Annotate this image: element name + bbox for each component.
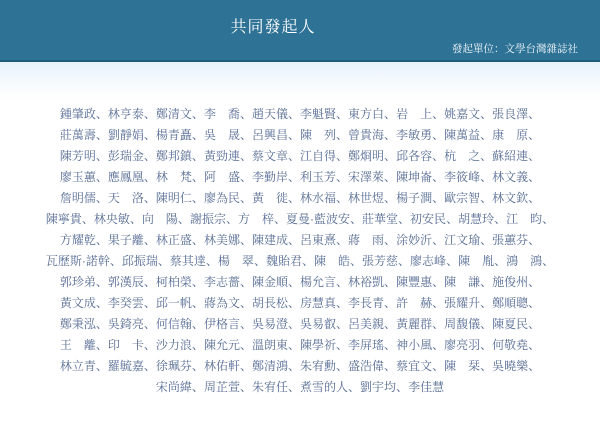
name-separator: 、 [144,338,156,352]
name-separator: 、 [192,170,204,184]
participant-name: 朱宥勳 [300,359,336,373]
name-separator: 、 [336,359,348,373]
name-separator: 、 [96,317,108,331]
participant-name: 江自得 [300,149,336,163]
name-separator: 、 [288,107,300,121]
name-separator: 、 [144,317,156,331]
participant-name: 陳 皓 [314,254,350,268]
name-separator: 、 [144,233,156,247]
name-separator: 、 [528,317,540,331]
name-separator: 、 [192,338,204,352]
participant-name: 陳萬益 [444,128,480,142]
participant-name: 鄭秉泓 [60,317,96,331]
participant-name: 楊允言 [300,275,336,289]
participant-name: 林佑軒 [204,359,240,373]
participant-name: 沙力浪 [156,338,192,352]
name-separator: 、 [158,254,170,268]
participant-name: 初安民 [410,212,446,226]
participant-name: 廖玉蕙 [60,170,96,184]
name-separator: 、 [336,170,348,184]
participant-name: 廖為民 [204,191,240,205]
participant-name: 鄭邦鎮 [156,149,192,163]
participant-name: 陳坤崙 [396,170,432,184]
participant-name: 黃 徙 [252,191,288,205]
name-separator: 、 [144,128,156,142]
name-separator: 、 [396,380,408,394]
participant-name: 李屏瑤 [348,338,384,352]
participant-name: 施俊州 [492,275,528,289]
participant-name: 彭瑞金 [108,149,144,163]
participant-name: 鄭烱明 [348,149,384,163]
participant-row: 瓦歷斯·諾幹、邱振瑞、蔡其達、楊 翠、魏貽君、陳 皓、張芳慈、廖志峰、陳 胤、鴻… [10,251,590,272]
name-separator: 、 [96,275,108,289]
participant-name: 呂東熹 [300,233,336,247]
name-separator: 、 [528,338,540,352]
participant-name: 鄭清鴻 [252,359,288,373]
name-separator: 、 [494,254,506,268]
name-separator: 、 [528,149,540,163]
name-separator: 、 [96,107,108,121]
participant-name: 宋尚緯 [156,380,192,394]
name-separator: 、 [288,380,300,394]
participant-name: 陳建成 [252,233,288,247]
participant-name: 陳夏民 [492,317,528,331]
participant-name: 吳易澄 [252,317,288,331]
participant-name: 楊子澗 [396,191,432,205]
name-separator: 、 [336,275,348,289]
participant-row: 詹明儒、天 洛、陳明仁、廖為民、黃 徙、林水福、林世煜、楊子澗、歐宗智、林文欽、 [10,188,590,209]
participant-name: 曾貴海 [348,128,384,142]
participant-name: 溫朗東 [252,338,288,352]
name-separator: 、 [336,149,348,163]
name-separator: 、 [96,296,108,310]
name-separator: 、 [178,212,190,226]
participant-row: 陳芳明、彭瑞金、鄭邦鎮、黃勁連、蔡文章、江自得、鄭烱明、邱各容、杭 之、蘇紹連、 [10,146,590,167]
name-separator: 、 [288,359,300,373]
name-separator: 、 [384,170,396,184]
name-separator: 、 [288,149,300,163]
participant-row: 廖玉蕙、應鳳凰、林 梵、阿 盛、李勤岸、利玉芳、宋澤萊、陳坤崙、李筱峰、林文義、 [10,167,590,188]
name-separator: 、 [480,191,492,205]
participant-name: 陳豐惠 [396,275,432,289]
name-separator: 、 [302,254,314,268]
participant-name: 詹明儒 [60,191,96,205]
participant-name: 陳明仁 [156,191,192,205]
name-separator: 、 [528,107,540,121]
participant-name: 吳錡亮 [108,317,144,331]
name-separator: 、 [336,233,348,247]
participant-name: 朱宥任 [252,380,288,394]
participant-name: 鴻 鴻 [506,254,542,268]
name-separator: 、 [480,149,492,163]
participant-row: 郭珍弟、郭漢辰、柯柏榮、李志薔、陳金順、楊允言、林裕凱、陳豐惠、陳 謙、施俊州、 [10,272,590,293]
name-separator: 、 [432,170,444,184]
participant-name: 鄭順聰 [492,296,528,310]
name-separator: 、 [336,191,348,205]
participant-name: 陳學祈 [300,338,336,352]
participant-name: 李志薔 [204,275,240,289]
name-separator: 、 [240,359,252,373]
initiating-unit-label: 發起單位：文學台灣雜誌社 [452,41,578,56]
name-separator: 、 [96,191,108,205]
name-separator: 、 [144,170,156,184]
name-separator: 、 [240,149,252,163]
participant-name: 陳 胤 [458,254,494,268]
participant-name: 向 陽 [142,212,178,226]
name-separator: 、 [384,128,396,142]
participant-name: 林世煜 [348,191,384,205]
name-separator: 、 [480,296,492,310]
participant-name: 林水福 [300,191,336,205]
participant-name: 王 離 [60,338,96,352]
participant-name: 周芷萱 [204,380,240,394]
name-separator: 、 [384,191,396,205]
participant-row: 鍾肇政、林亨泰、鄭清文、李 喬、趙天儀、李魁賢、東方白、岩 上、姚嘉文、張良澤、 [10,104,590,125]
participant-name: 柯柏榮 [156,275,192,289]
name-separator: 、 [528,128,540,142]
name-separator: 、 [288,170,300,184]
participant-name: 李敏勇 [396,128,432,142]
name-separator: 、 [96,128,108,142]
participant-name: 陳 列 [300,128,336,142]
name-separator: 、 [432,359,444,373]
participant-name: 印 卡 [108,338,144,352]
participant-name: 陳 栞 [444,359,480,373]
name-separator: 、 [144,359,156,373]
name-separator: 、 [336,296,348,310]
participant-name: 謝振宗 [190,212,226,226]
name-separator: 、 [432,296,444,310]
participant-name: 果子離 [108,233,144,247]
participant-name: 岩 上 [396,107,432,121]
participant-row: 莊萬壽、劉靜娟、楊青矗、吳 晟、呂興昌、陳 列、曾貴海、李敏勇、陳萬益、康 原、 [10,125,590,146]
participant-name: 林立青 [60,359,96,373]
participant-name: 莊萬壽 [60,128,96,142]
name-separator: 、 [384,275,396,289]
name-separator: 、 [96,149,108,163]
name-separator: 、 [144,191,156,205]
participant-name: 張良澤 [492,107,528,121]
participant-name: 劉靜娟 [108,128,144,142]
page: 共同發起人 發起單位：文學台灣雜誌社 鍾肇政、林亨泰、鄭清文、李 喬、趙天儀、李… [0,0,600,429]
name-separator: 、 [226,212,238,226]
participant-name: 林亨泰 [108,107,144,121]
name-separator: 、 [192,317,204,331]
participant-name: 魏貽君 [266,254,302,268]
participant-name: 呂美親 [348,317,384,331]
name-separator: 、 [480,107,492,121]
participant-name: 周馥儀 [444,317,480,331]
name-separator: 、 [240,128,252,142]
name-separator: 、 [192,107,204,121]
name-separator: 、 [240,170,252,184]
name-separator: 、 [240,191,252,205]
participant-name: 杭 之 [444,149,480,163]
participant-name: 楊 翠 [218,254,254,268]
name-separator: 、 [432,149,444,163]
participant-row: 方耀乾、果子離、林正盛、林美娜、陳建成、呂東熹、蔣 雨、涂妙沂、江文瑜、張蕙芬、 [10,230,590,251]
header-banner: 共同發起人 發起單位：文學台灣雜誌社 [0,0,600,62]
participant-name: 黃勁連 [204,149,240,163]
participant-name: 林央敏 [94,212,130,226]
participant-name: 蔣 雨 [348,233,384,247]
name-separator: 、 [240,233,252,247]
participant-name: 陳寧貴 [46,212,82,226]
participant-name: 胡長松 [252,296,288,310]
participant-name: 蔡文章 [252,149,288,163]
participant-name: 阿 盛 [204,170,240,184]
participant-name: 煮雪的人 [300,380,348,394]
participant-name: 林 梵 [156,170,192,184]
participant-name: 廖亮羽 [444,338,480,352]
name-separator: 、 [432,317,444,331]
name-separator: 、 [480,275,492,289]
name-separator: 、 [432,191,444,205]
name-separator: 、 [384,296,396,310]
name-separator: 、 [446,212,458,226]
participant-name: 楊青矗 [156,128,192,142]
participant-name: 陳 謙 [444,275,480,289]
name-separator: 、 [528,359,540,373]
name-separator: 、 [130,212,142,226]
participant-name: 江 昀 [506,212,542,226]
participant-name: 徐珮芬 [156,359,192,373]
name-separator: 、 [240,107,252,121]
name-separator: 、 [96,170,108,184]
participant-name: 胡慧玲 [458,212,494,226]
participant-name: 歐宗智 [444,191,480,205]
participant-row: 鄭秉泓、吳錡亮、何信翰、伊格言、吳易澄、吳易叡、呂美親、黃麗群、周馥儀、陳夏民、 [10,314,590,335]
participant-name: 劉宇均 [360,380,396,394]
participant-name: 瓦歷斯·諾幹 [46,254,110,268]
participant-name: 房慧真 [300,296,336,310]
participant-name: 涂妙沂 [396,233,432,247]
name-separator: 、 [384,233,396,247]
participant-name: 羅毓嘉 [108,359,144,373]
name-separator: 、 [240,380,252,394]
participant-name: 康 原 [492,128,528,142]
name-separator: 、 [288,275,300,289]
participant-name: 方 梓 [238,212,274,226]
participant-name: 應鳳凰 [108,170,144,184]
name-separator: 、 [542,212,554,226]
name-separator: 、 [96,338,108,352]
participant-name: 邱振瑞 [122,254,158,268]
participant-name: 姚嘉文 [444,107,480,121]
name-separator: 、 [288,233,300,247]
name-separator: 、 [254,254,266,268]
participant-name: 林文欽 [492,191,528,205]
participant-name: 林裕凱 [348,275,384,289]
participant-name: 蔡其達 [170,254,206,268]
name-separator: 、 [144,296,156,310]
participant-row: 林立青、羅毓嘉、徐珮芬、林佑軒、鄭清鴻、朱宥勳、盛浩偉、蔡宜文、陳 栞、吳曉樂、 [10,356,590,377]
name-separator: 、 [528,170,540,184]
name-separator: 、 [274,212,286,226]
name-separator: 、 [336,317,348,331]
participant-name: 呂興昌 [252,128,288,142]
participant-name: 李癸雲 [108,296,144,310]
participant-name: 鍾肇政 [60,107,96,121]
name-separator: 、 [192,191,204,205]
participant-name: 何敬堯 [492,338,528,352]
name-separator: 、 [528,233,540,247]
participant-name: 陳金順 [252,275,288,289]
participant-name: 盛浩偉 [348,359,384,373]
name-separator: 、 [384,338,396,352]
name-separator: 、 [432,275,444,289]
participant-name: 陳允元 [204,338,240,352]
participant-name: 蔣為文 [204,296,240,310]
name-separator: 、 [480,170,492,184]
banner-fade-strip [0,62,600,100]
name-separator: 、 [348,380,360,394]
name-separator: 、 [480,233,492,247]
participant-name: 江文瑜 [444,233,480,247]
participant-name: 張芳慈 [362,254,398,268]
participant-name: 邱一帆 [156,296,192,310]
participant-name: 宋澤萊 [348,170,384,184]
name-separator: 、 [288,317,300,331]
participant-name: 林美娜 [204,233,240,247]
name-separator: 、 [288,296,300,310]
participant-name: 夏曼·藍波安 [286,212,350,226]
name-separator: 、 [432,107,444,121]
participant-name: 利玉芳 [300,170,336,184]
participant-name: 天 洛 [108,191,144,205]
participant-name: 鄭清文 [156,107,192,121]
participant-name: 伊格言 [204,317,240,331]
name-separator: 、 [288,128,300,142]
participant-name: 廖志峰 [410,254,446,268]
page-title: 共同發起人 [0,14,573,37]
name-separator: 、 [240,275,252,289]
name-separator: 、 [432,338,444,352]
name-separator: 、 [192,359,204,373]
participant-name: 莊華堂 [362,212,398,226]
name-separator: 、 [480,317,492,331]
name-separator: 、 [192,296,204,310]
participant-name: 李 喬 [204,107,240,121]
name-separator: 、 [240,317,252,331]
name-separator: 、 [384,317,396,331]
participant-row: 陳寧貴、林央敏、向 陽、謝振宗、方 梓、夏曼·藍波安、莊華堂、初安民、胡慧玲、江… [10,209,590,230]
name-separator: 、 [192,380,204,394]
name-separator: 、 [480,338,492,352]
name-separator: 、 [432,128,444,142]
participant-name: 李勤岸 [252,170,288,184]
name-separator: 、 [96,233,108,247]
name-separator: 、 [528,275,540,289]
name-separator: 、 [144,107,156,121]
participant-name: 陳芳明 [60,149,96,163]
participant-name: 李長青 [348,296,384,310]
participant-name: 許 赫 [396,296,432,310]
name-separator: 、 [82,212,94,226]
participant-name: 何信翰 [156,317,192,331]
participant-name: 吳 晟 [204,128,240,142]
name-separator: 、 [350,254,362,268]
participant-name: 趙天儀 [252,107,288,121]
name-separator: 、 [398,254,410,268]
name-separator: 、 [288,338,300,352]
participant-name: 吳易叡 [300,317,336,331]
name-separator: 、 [432,233,444,247]
name-separator: 、 [336,128,348,142]
name-separator: 、 [144,149,156,163]
name-separator: 、 [446,254,458,268]
participant-name: 神小風 [396,338,432,352]
name-separator: 、 [336,338,348,352]
name-separator: 、 [206,254,218,268]
participant-name: 吳曉樂 [492,359,528,373]
name-separator: 、 [480,128,492,142]
participant-name: 邱各容 [396,149,432,163]
name-separator: 、 [384,107,396,121]
name-separator: 、 [240,296,252,310]
name-separator: 、 [192,149,204,163]
participant-name: 方耀乾 [60,233,96,247]
participant-name: 林正盛 [156,233,192,247]
participant-name: 黃文成 [60,296,96,310]
participant-name: 林文義 [492,170,528,184]
name-separator: 、 [240,338,252,352]
name-separator: 、 [144,275,156,289]
name-separator: 、 [192,275,204,289]
participants-list: 鍾肇政、林亨泰、鄭清文、李 喬、趙天儀、李魁賢、東方白、岩 上、姚嘉文、張良澤、… [0,100,600,398]
participant-name: 郭珍弟 [60,275,96,289]
participant-name: 東方白 [348,107,384,121]
participant-name: 黃麗群 [396,317,432,331]
name-separator: 、 [192,128,204,142]
name-separator: 、 [528,296,540,310]
name-separator: 、 [384,149,396,163]
participant-name: 張耀升 [444,296,480,310]
name-separator: 、 [110,254,122,268]
participant-name: 蘇紹連 [492,149,528,163]
name-separator: 、 [542,254,554,268]
participant-name: 李佳慧 [408,380,444,394]
name-separator: 、 [494,212,506,226]
name-separator: 、 [384,359,396,373]
name-separator: 、 [336,107,348,121]
participant-name: 張蕙芬 [492,233,528,247]
name-separator: 、 [480,359,492,373]
name-separator: 、 [96,359,108,373]
name-separator: 、 [192,233,204,247]
name-separator: 、 [350,212,362,226]
name-separator: 、 [528,191,540,205]
participant-row: 宋尚緯、周芷萱、朱宥任、煮雪的人、劉宇均、李佳慧 [10,377,590,398]
participant-name: 蔡宜文 [396,359,432,373]
name-separator: 、 [288,191,300,205]
name-separator: 、 [398,212,410,226]
participant-name: 郭漢辰 [108,275,144,289]
participant-row: 王 離、印 卡、沙力浪、陳允元、溫朗東、陳學祈、李屏瑤、神小風、廖亮羽、何敬堯、 [10,335,590,356]
participant-name: 李魁賢 [300,107,336,121]
participant-row: 黃文成、李癸雲、邱一帆、蔣為文、胡長松、房慧真、李長青、許 赫、張耀升、鄭順聰、 [10,293,590,314]
participant-name: 李筱峰 [444,170,480,184]
